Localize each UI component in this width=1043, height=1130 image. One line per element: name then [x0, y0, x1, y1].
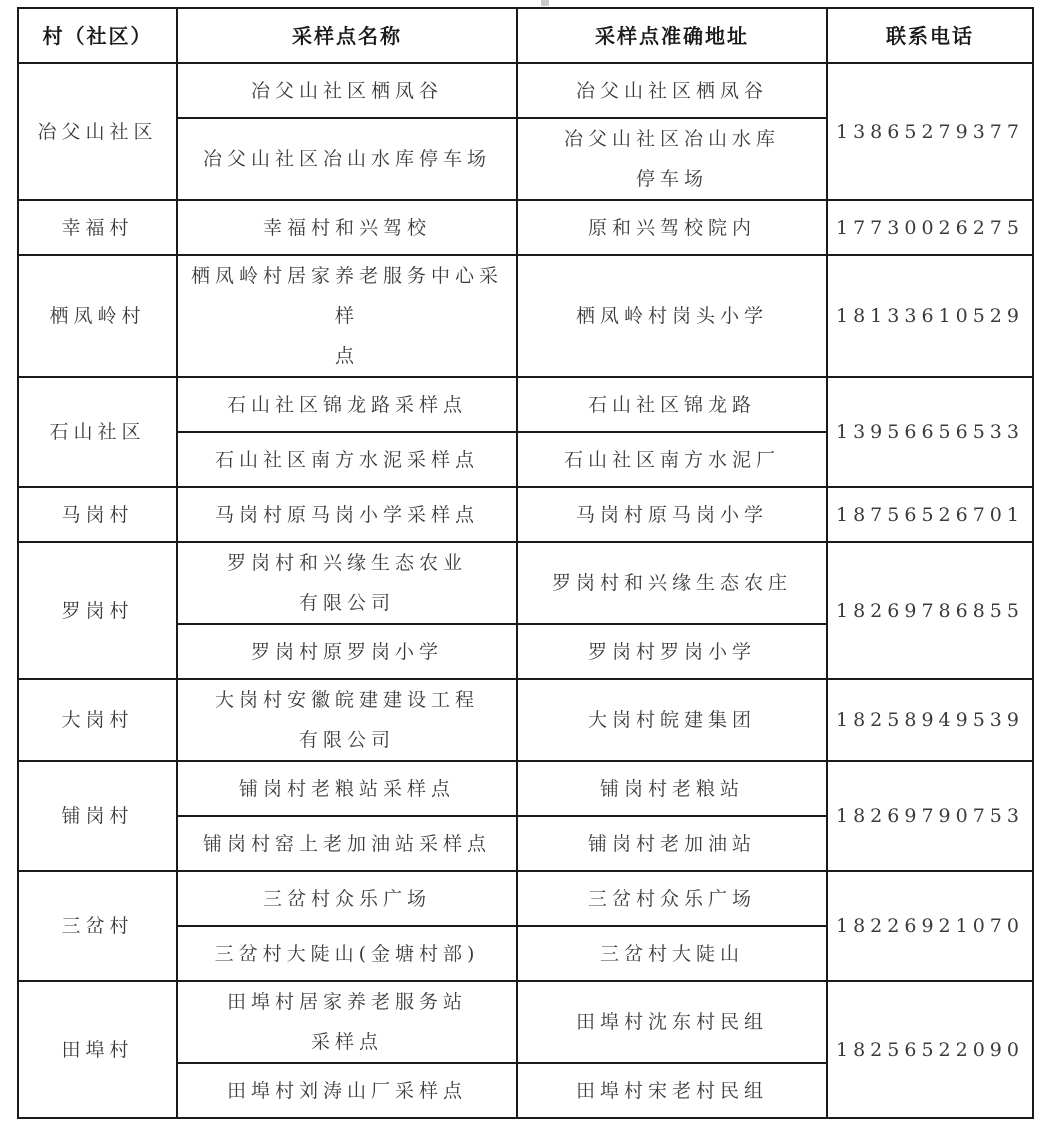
- village-cell: 大岗村: [18, 679, 177, 761]
- phone-cell: 13865279377: [827, 63, 1033, 200]
- village-cell: 马岗村: [18, 487, 177, 542]
- header-site-address: 采样点准确地址: [517, 8, 827, 63]
- village-cell: 栖凤岭村: [18, 255, 177, 377]
- site-address-line: 石山社区南方水泥厂: [524, 440, 820, 480]
- table-row: 栖凤岭村栖凤岭村居家养老服务中心采样点栖凤岭村岗头小学18133610529: [18, 255, 1033, 377]
- table-row: 三岔村三岔村众乐广场三岔村众乐广场18226921070: [18, 871, 1033, 926]
- site-name-line: 铺岗村老粮站采样点: [184, 769, 510, 809]
- village-cell: 铺岗村: [18, 761, 177, 871]
- site-address-line: 冶父山社区冶山水库: [524, 119, 820, 159]
- village-cell: 石山社区: [18, 377, 177, 487]
- site-name-line: 石山社区南方水泥采样点: [184, 440, 510, 480]
- table-row: 罗岗村罗岗村和兴缘生态农业有限公司罗岗村和兴缘生态农庄18269786855: [18, 542, 1033, 624]
- site-name-line: 幸福村和兴驾校: [184, 208, 510, 248]
- village-cell: 罗岗村: [18, 542, 177, 679]
- site-address-line: 马岗村原马岗小学: [524, 495, 820, 535]
- site-address-cell: 原和兴驾校院内: [517, 200, 827, 255]
- sampling-sites-table: 村（社区） 采样点名称 采样点准确地址 联系电话 冶父山社区冶父山社区栖凤谷冶父…: [17, 7, 1034, 1119]
- site-name-line: 有限公司: [184, 720, 510, 760]
- site-address-line: 田埠村沈东村民组: [524, 1002, 820, 1042]
- site-name-cell: 石山社区锦龙路采样点: [177, 377, 517, 432]
- site-name-cell: 三岔村众乐广场: [177, 871, 517, 926]
- site-name-cell: 田埠村居家养老服务站采样点: [177, 981, 517, 1063]
- table-row: 田埠村田埠村居家养老服务站采样点田埠村沈东村民组18256522090: [18, 981, 1033, 1063]
- phone-cell: 18756526701: [827, 487, 1033, 542]
- village-cell: 幸福村: [18, 200, 177, 255]
- site-name-line: 冶父山社区栖凤谷: [184, 71, 510, 111]
- site-address-cell: 三岔村众乐广场: [517, 871, 827, 926]
- site-address-cell: 马岗村原马岗小学: [517, 487, 827, 542]
- site-name-cell: 幸福村和兴驾校: [177, 200, 517, 255]
- site-address-line: 铺岗村老加油站: [524, 824, 820, 864]
- site-name-line: 大岗村安徽皖建建设工程: [184, 680, 510, 720]
- phone-cell: 18258949539: [827, 679, 1033, 761]
- phone-cell: 18269790753: [827, 761, 1033, 871]
- site-name-line: 有限公司: [184, 583, 510, 623]
- table-row: 石山社区石山社区锦龙路采样点石山社区锦龙路13956656533: [18, 377, 1033, 432]
- site-name-line: 罗岗村和兴缘生态农业: [184, 543, 510, 583]
- site-name-cell: 田埠村刘涛山厂采样点: [177, 1063, 517, 1118]
- site-address-line: 石山社区锦龙路: [524, 385, 820, 425]
- site-name-line: 冶父山社区冶山水库停车场: [184, 139, 510, 179]
- scroll-indicator: [541, 0, 549, 6]
- site-address-line: 冶父山社区栖凤谷: [524, 71, 820, 111]
- site-address-cell: 石山社区锦龙路: [517, 377, 827, 432]
- table-row: 铺岗村铺岗村老粮站采样点铺岗村老粮站18269790753: [18, 761, 1033, 816]
- site-address-line: 停车场: [524, 159, 820, 199]
- site-address-cell: 罗岗村罗岗小学: [517, 624, 827, 679]
- header-row: 村（社区） 采样点名称 采样点准确地址 联系电话: [18, 8, 1033, 63]
- table-row: 冶父山社区冶父山社区栖凤谷冶父山社区栖凤谷13865279377: [18, 63, 1033, 118]
- site-address-line: 罗岗村罗岗小学: [524, 632, 820, 672]
- site-address-cell: 田埠村沈东村民组: [517, 981, 827, 1063]
- site-address-cell: 罗岗村和兴缘生态农庄: [517, 542, 827, 624]
- site-name-line: 田埠村居家养老服务站: [184, 982, 510, 1022]
- site-address-cell: 石山社区南方水泥厂: [517, 432, 827, 487]
- site-name-line: 采样点: [184, 1022, 510, 1062]
- site-address-cell: 冶父山社区栖凤谷: [517, 63, 827, 118]
- site-name-line: 罗岗村原罗岗小学: [184, 632, 510, 672]
- site-name-cell: 大岗村安徽皖建建设工程有限公司: [177, 679, 517, 761]
- site-name-line: 铺岗村窑上老加油站采样点: [184, 824, 510, 864]
- site-name-cell: 石山社区南方水泥采样点: [177, 432, 517, 487]
- site-address-line: 大岗村皖建集团: [524, 700, 820, 740]
- phone-cell: 18269786855: [827, 542, 1033, 679]
- site-name-cell: 铺岗村窑上老加油站采样点: [177, 816, 517, 871]
- site-address-cell: 田埠村宋老村民组: [517, 1063, 827, 1118]
- table-row: 马岗村马岗村原马岗小学采样点马岗村原马岗小学18756526701: [18, 487, 1033, 542]
- site-address-cell: 栖凤岭村岗头小学: [517, 255, 827, 377]
- village-cell: 田埠村: [18, 981, 177, 1118]
- header-site-name: 采样点名称: [177, 8, 517, 63]
- site-name-cell: 冶父山社区冶山水库停车场: [177, 118, 517, 200]
- table-row: 幸福村幸福村和兴驾校原和兴驾校院内17730026275: [18, 200, 1033, 255]
- site-name-cell: 冶父山社区栖凤谷: [177, 63, 517, 118]
- phone-cell: 18256522090: [827, 981, 1033, 1118]
- header-village: 村（社区）: [18, 8, 177, 63]
- site-name-cell: 罗岗村和兴缘生态农业有限公司: [177, 542, 517, 624]
- village-cell: 冶父山社区: [18, 63, 177, 200]
- table-body: 冶父山社区冶父山社区栖凤谷冶父山社区栖凤谷13865279377冶父山社区冶山水…: [18, 63, 1033, 1118]
- site-address-line: 铺岗村老粮站: [524, 769, 820, 809]
- site-name-line: 栖凤岭村居家养老服务中心采样: [184, 256, 510, 336]
- site-address-cell: 大岗村皖建集团: [517, 679, 827, 761]
- phone-cell: 18133610529: [827, 255, 1033, 377]
- site-name-line: 石山社区锦龙路采样点: [184, 385, 510, 425]
- site-name-line: 三岔村众乐广场: [184, 879, 510, 919]
- phone-cell: 17730026275: [827, 200, 1033, 255]
- site-address-cell: 铺岗村老加油站: [517, 816, 827, 871]
- header-phone: 联系电话: [827, 8, 1033, 63]
- site-address-line: 三岔村大陡山: [524, 934, 820, 974]
- phone-cell: 13956656533: [827, 377, 1033, 487]
- site-address-line: 栖凤岭村岗头小学: [524, 296, 820, 336]
- site-address-cell: 铺岗村老粮站: [517, 761, 827, 816]
- village-cell: 三岔村: [18, 871, 177, 981]
- phone-cell: 18226921070: [827, 871, 1033, 981]
- site-name-cell: 马岗村原马岗小学采样点: [177, 487, 517, 542]
- site-address-line: 三岔村众乐广场: [524, 879, 820, 919]
- site-name-cell: 栖凤岭村居家养老服务中心采样点: [177, 255, 517, 377]
- table-row: 大岗村大岗村安徽皖建建设工程有限公司大岗村皖建集团18258949539: [18, 679, 1033, 761]
- site-name-cell: 罗岗村原罗岗小学: [177, 624, 517, 679]
- site-name-line: 马岗村原马岗小学采样点: [184, 495, 510, 535]
- site-name-cell: 铺岗村老粮站采样点: [177, 761, 517, 816]
- site-address-line: 田埠村宋老村民组: [524, 1071, 820, 1111]
- site-address-cell: 三岔村大陡山: [517, 926, 827, 981]
- site-address-line: 罗岗村和兴缘生态农庄: [524, 563, 820, 603]
- site-name-line: 田埠村刘涛山厂采样点: [184, 1071, 510, 1111]
- site-address-cell: 冶父山社区冶山水库停车场: [517, 118, 827, 200]
- site-name-line: 三岔村大陡山(金塘村部): [184, 934, 510, 974]
- site-name-line: 点: [184, 336, 510, 376]
- site-name-cell: 三岔村大陡山(金塘村部): [177, 926, 517, 981]
- site-address-line: 原和兴驾校院内: [524, 208, 820, 248]
